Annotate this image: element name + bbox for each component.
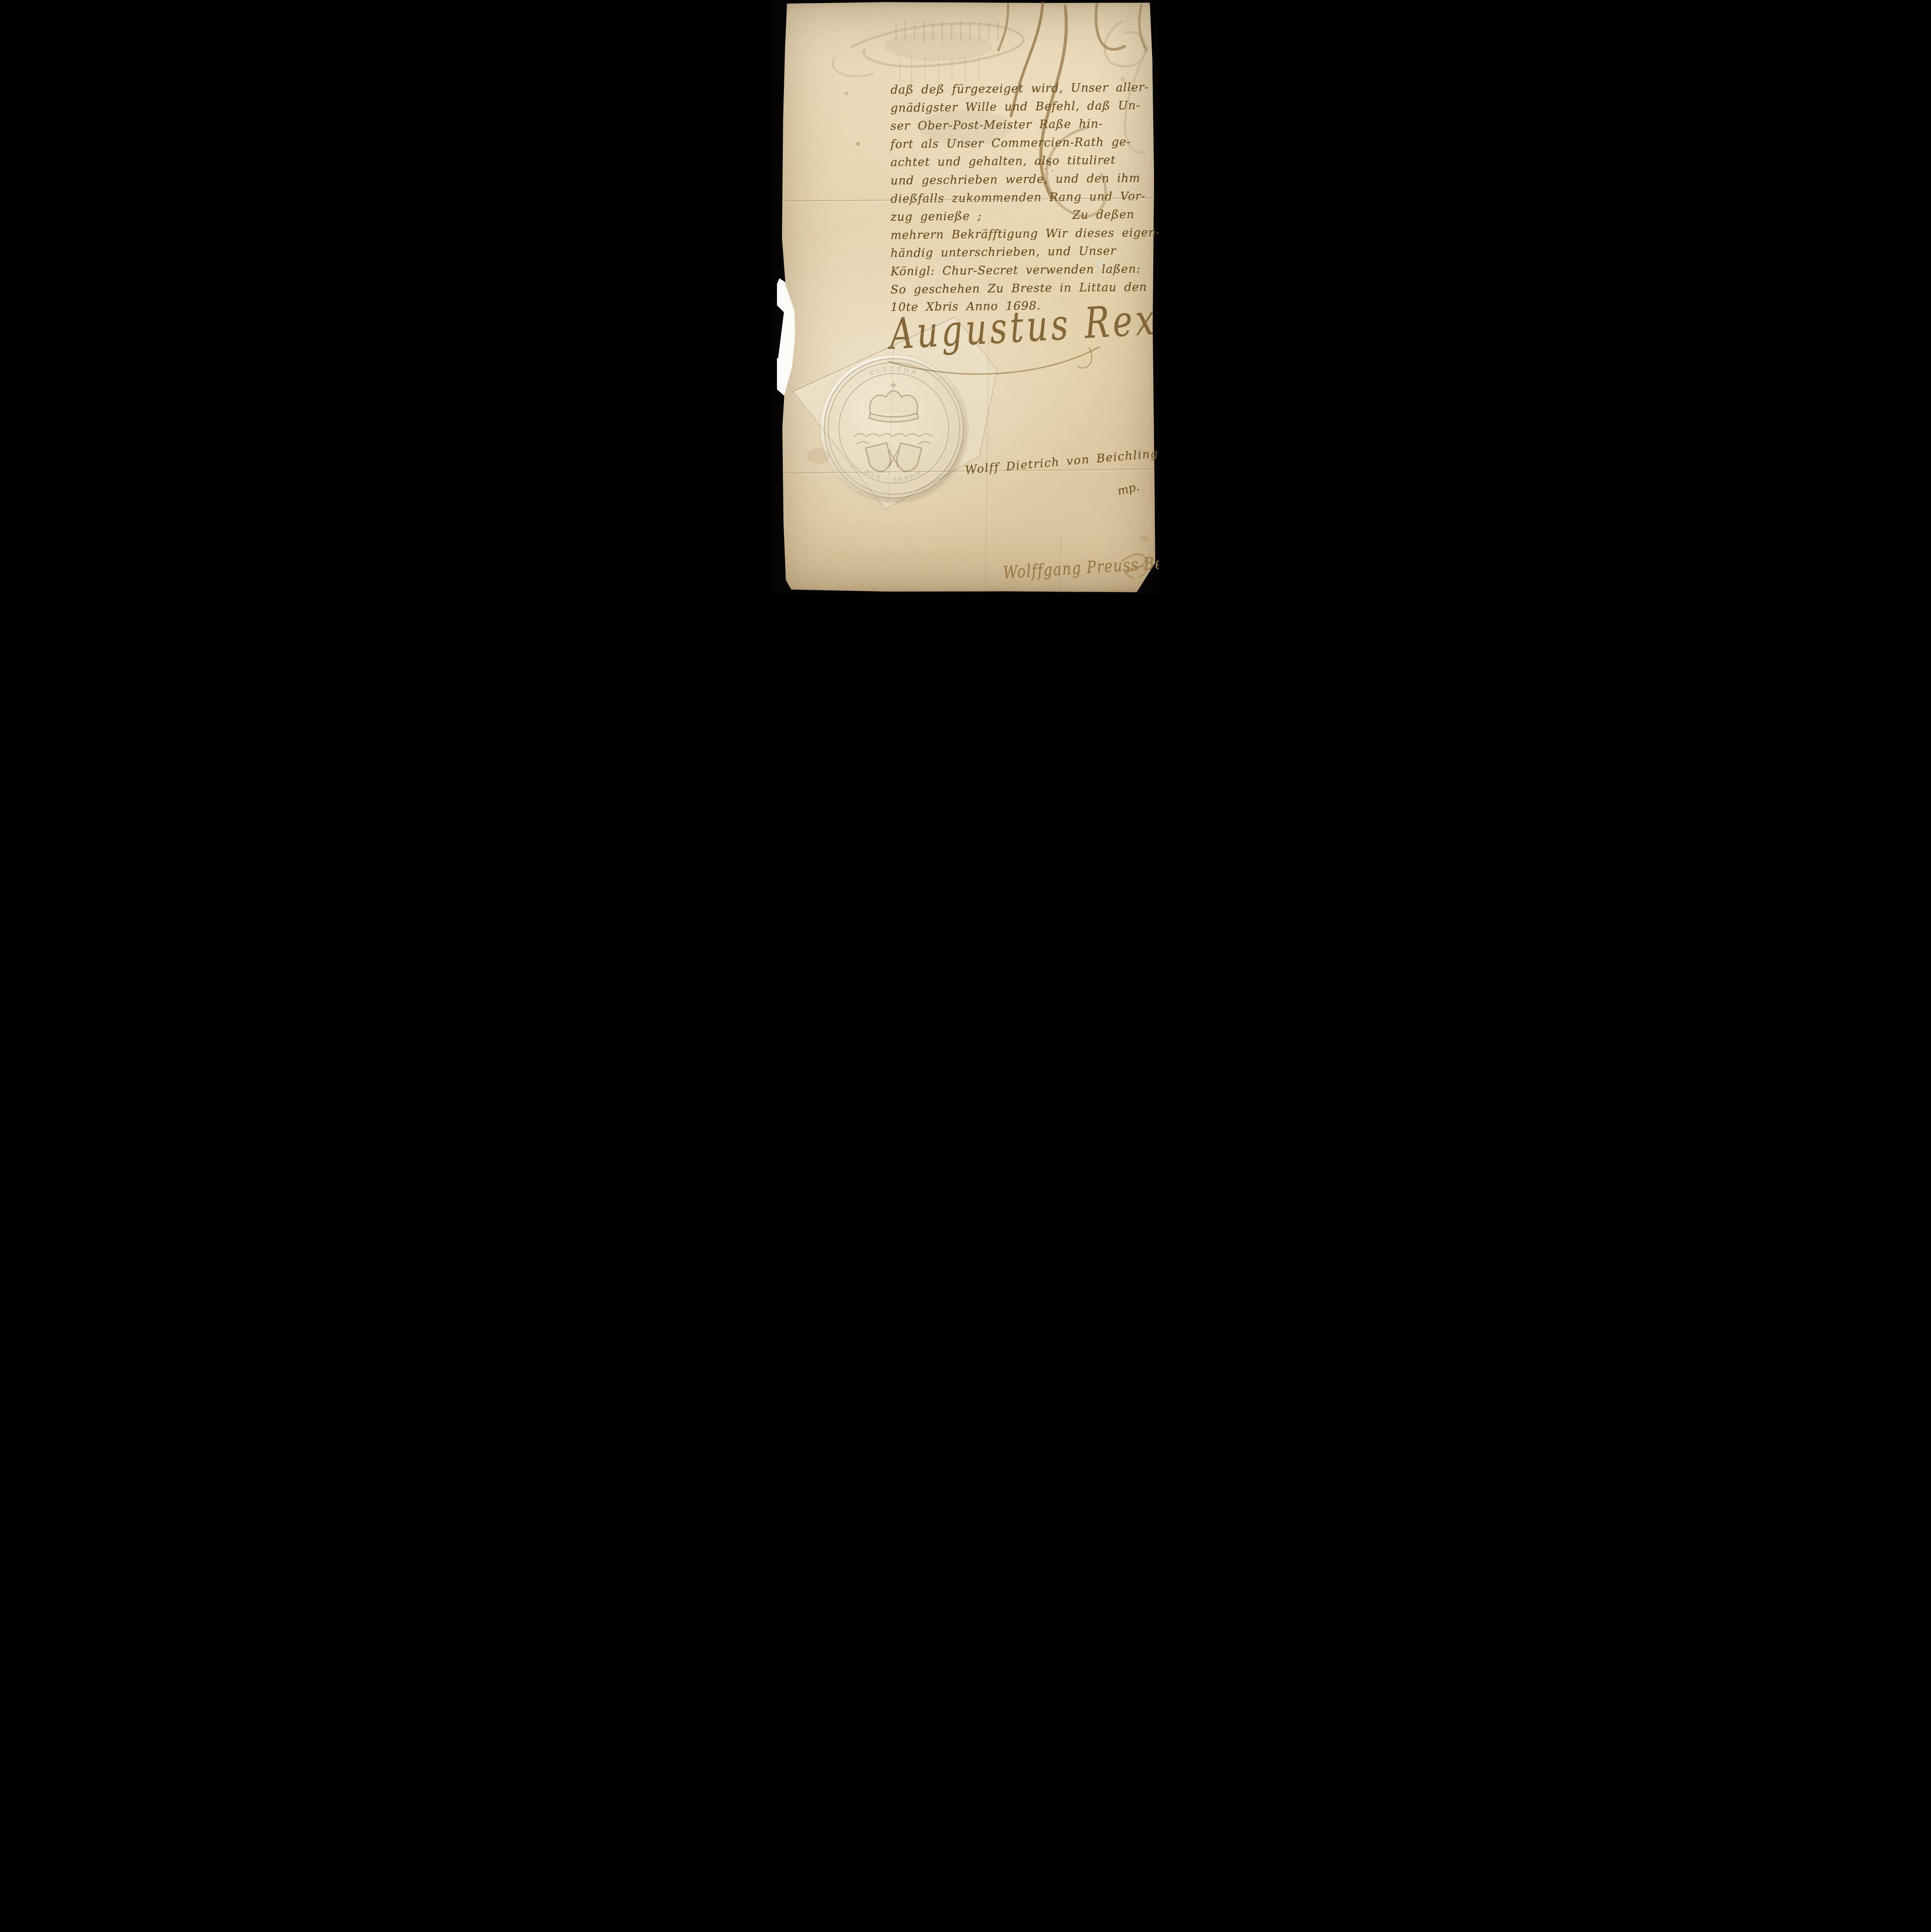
manuscript-line: zug genieße ; Zu deßen <box>891 206 1135 226</box>
manuscript-line: und geschrieben werde, und den ihm <box>891 169 1141 190</box>
seal-legend-bottom: · DVX · SAXON · <box>857 464 930 483</box>
manuscript-line: mehrern Bekräfftigung Wir dieses eigen- <box>891 223 1159 244</box>
manuscript-line: fort als Unser Commercien-Rath ge- <box>891 133 1131 154</box>
manuscript-line: daß deß fürgezeiget wird, Unser aller- <box>891 78 1149 99</box>
manuscript-line: So geschehen Zu Breste in Littau den <box>891 278 1147 299</box>
manuscript-line: Königl: Chur-Secret verwenden laßen: <box>891 260 1141 281</box>
crown-icon <box>869 383 918 422</box>
scan-background: daß deß fürgezeiget wird, Unser aller- g… <box>772 0 1159 594</box>
embossed-seal: · ELECTOR · · ELECTOR · · DVX · SAXON · <box>821 355 966 501</box>
manuscript-line: achtet und gehalten, also tituliret <box>891 151 1116 172</box>
manuscript-line: händig unterschrieben, und Unser <box>891 242 1116 262</box>
svg-text:· DVX · SAXON ·: · DVX · SAXON · <box>857 464 930 483</box>
seal-motifs: · ELECTOR · · ELECTOR · · DVX · SAXON · <box>821 355 966 501</box>
palm-wreath-icon <box>853 434 932 445</box>
manuscript-line: gnädigster Wille und Befehl, daß Un- <box>891 97 1141 117</box>
coat-of-arms-icon <box>866 443 922 474</box>
manuscript-line: ser Ober-Post-Meister Raße hin- <box>891 115 1103 135</box>
manuscript-line: dießfalls zukommenden Rang und Vor- <box>891 187 1146 208</box>
